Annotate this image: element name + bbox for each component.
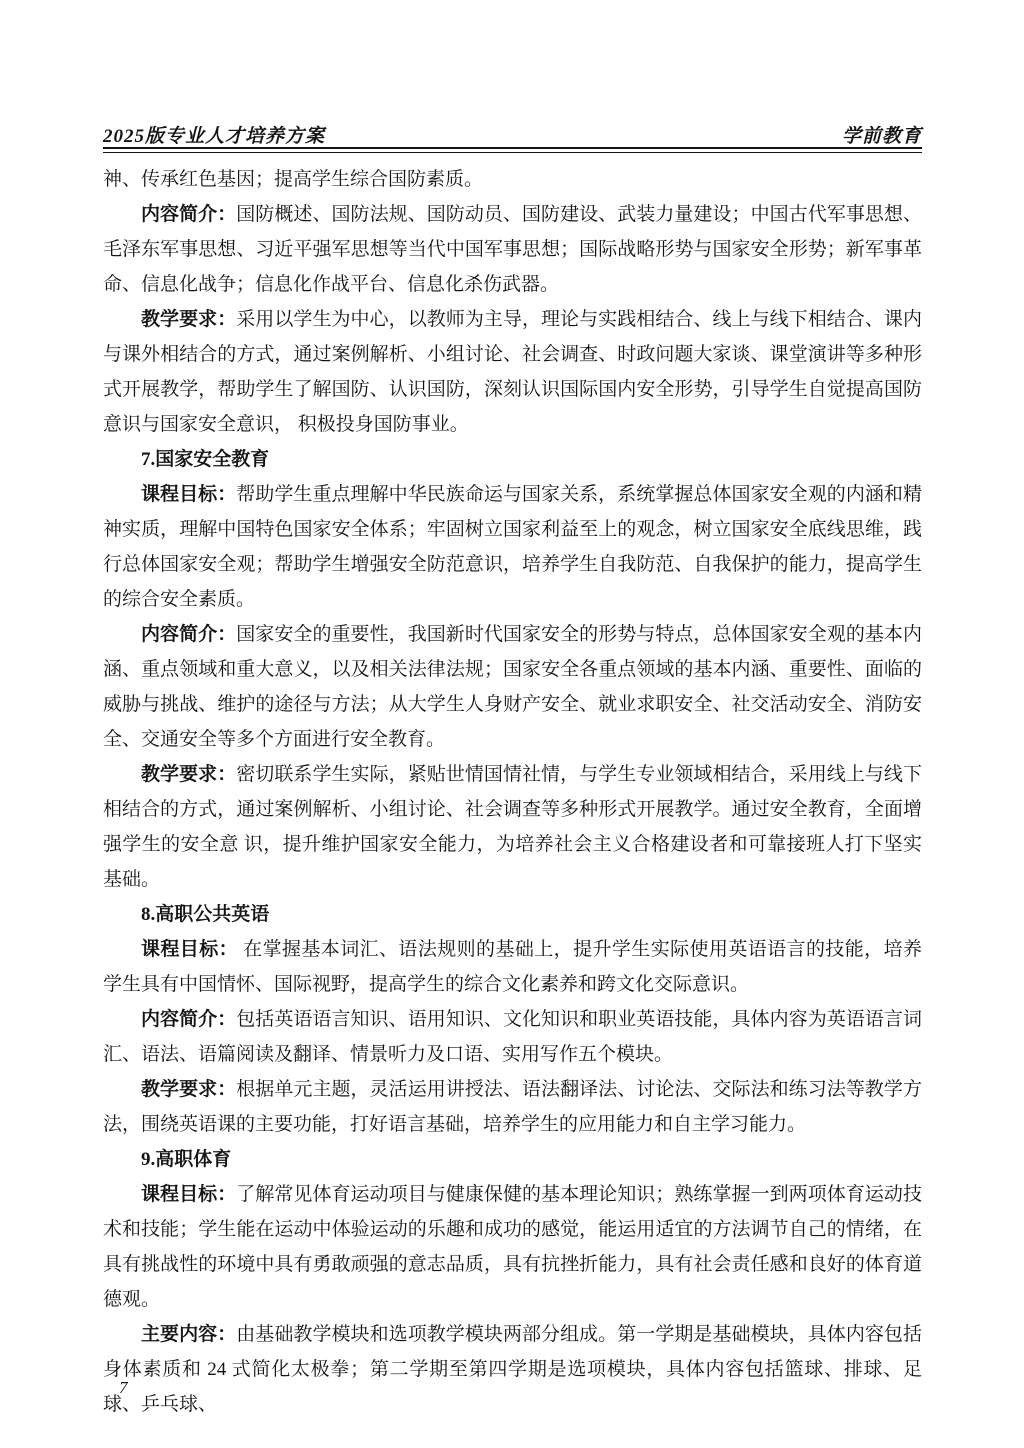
- paragraph-lead: 内容简介：: [141, 204, 236, 225]
- header-divider: [103, 147, 922, 153]
- paragraph: 内容简介：包括英语语言知识、语用知识、文化知识和职业英语技能，具体内容为英语语言…: [103, 1002, 922, 1072]
- section-heading: 7.国家安全教育: [103, 442, 922, 477]
- paragraph-lead: 教学要求：: [141, 1079, 236, 1100]
- page-number: 7: [119, 1378, 128, 1398]
- paragraph: 教学要求：采用以学生为中心，以教师为主导，理论与实践相结合、线上与线下相结合、课…: [103, 302, 922, 442]
- paragraph: 课程目标： 在掌握基本词汇、语法规则的基础上，提升学生实际使用英语语言的技能，培…: [103, 932, 922, 1002]
- header-left-title: 2025版专业人才培养方案: [103, 121, 325, 148]
- paragraph-lead: 课程目标：: [141, 484, 236, 505]
- paragraph: 课程目标：了解常见体育运动项目与健康保健的基本理论知识；熟练掌握一到两项体育运动…: [103, 1177, 922, 1317]
- page-header: 2025版专业人才培养方案 学前教育: [103, 121, 922, 148]
- paragraph: 内容简介：国家安全的重要性，我国新时代国家安全的形势与特点，总体国家安全观的基本…: [103, 617, 922, 757]
- paragraph-lead: 教学要求：: [141, 764, 236, 785]
- paragraph-text: 神、传承红色基因；提高学生综合国防素质。: [103, 169, 483, 190]
- document-body: 神、传承红色基因；提高学生综合国防素质。 内容简介：国防概述、国防法规、国防动员…: [103, 162, 922, 1422]
- paragraph-lead: 课程目标：: [141, 1184, 236, 1205]
- paragraph: 主要内容：由基础教学模块和选项教学模块两部分组成。第一学期是基础模块，具体内容包…: [103, 1317, 922, 1422]
- section-heading: 9.高职体育: [103, 1142, 922, 1177]
- paragraph: 教学要求：根据单元主题，灵活运用讲授法、语法翻译法、讨论法、交际法和练习法等教学…: [103, 1072, 922, 1142]
- paragraph: 教学要求：密切联系学生实际，紧贴世情国情社情，与学生专业领域相结合，采用线上与线…: [103, 757, 922, 897]
- paragraph-lead: 主要内容：: [141, 1324, 236, 1345]
- section-heading: 8.高职公共英语: [103, 897, 922, 932]
- document-page: 2025版专业人才培养方案 学前教育 神、传承红色基因；提高学生综合国防素质。 …: [0, 0, 1024, 1448]
- paragraph-lead: 内容简介：: [141, 624, 236, 645]
- paragraph: 课程目标：帮助学生重点理解中华民族命运与国家关系，系统掌握总体国家安全观的内涵和…: [103, 477, 922, 617]
- paragraph-lead: 内容简介：: [141, 1009, 236, 1030]
- paragraph: 神、传承红色基因；提高学生综合国防素质。: [103, 162, 922, 197]
- paragraph: 内容简介：国防概述、国防法规、国防动员、国防建设、武装力量建设；中国古代军事思想…: [103, 197, 922, 302]
- header-right-title: 学前教育: [842, 121, 922, 148]
- paragraph-lead: 课程目标：: [141, 939, 238, 960]
- paragraph-lead: 教学要求：: [141, 309, 236, 330]
